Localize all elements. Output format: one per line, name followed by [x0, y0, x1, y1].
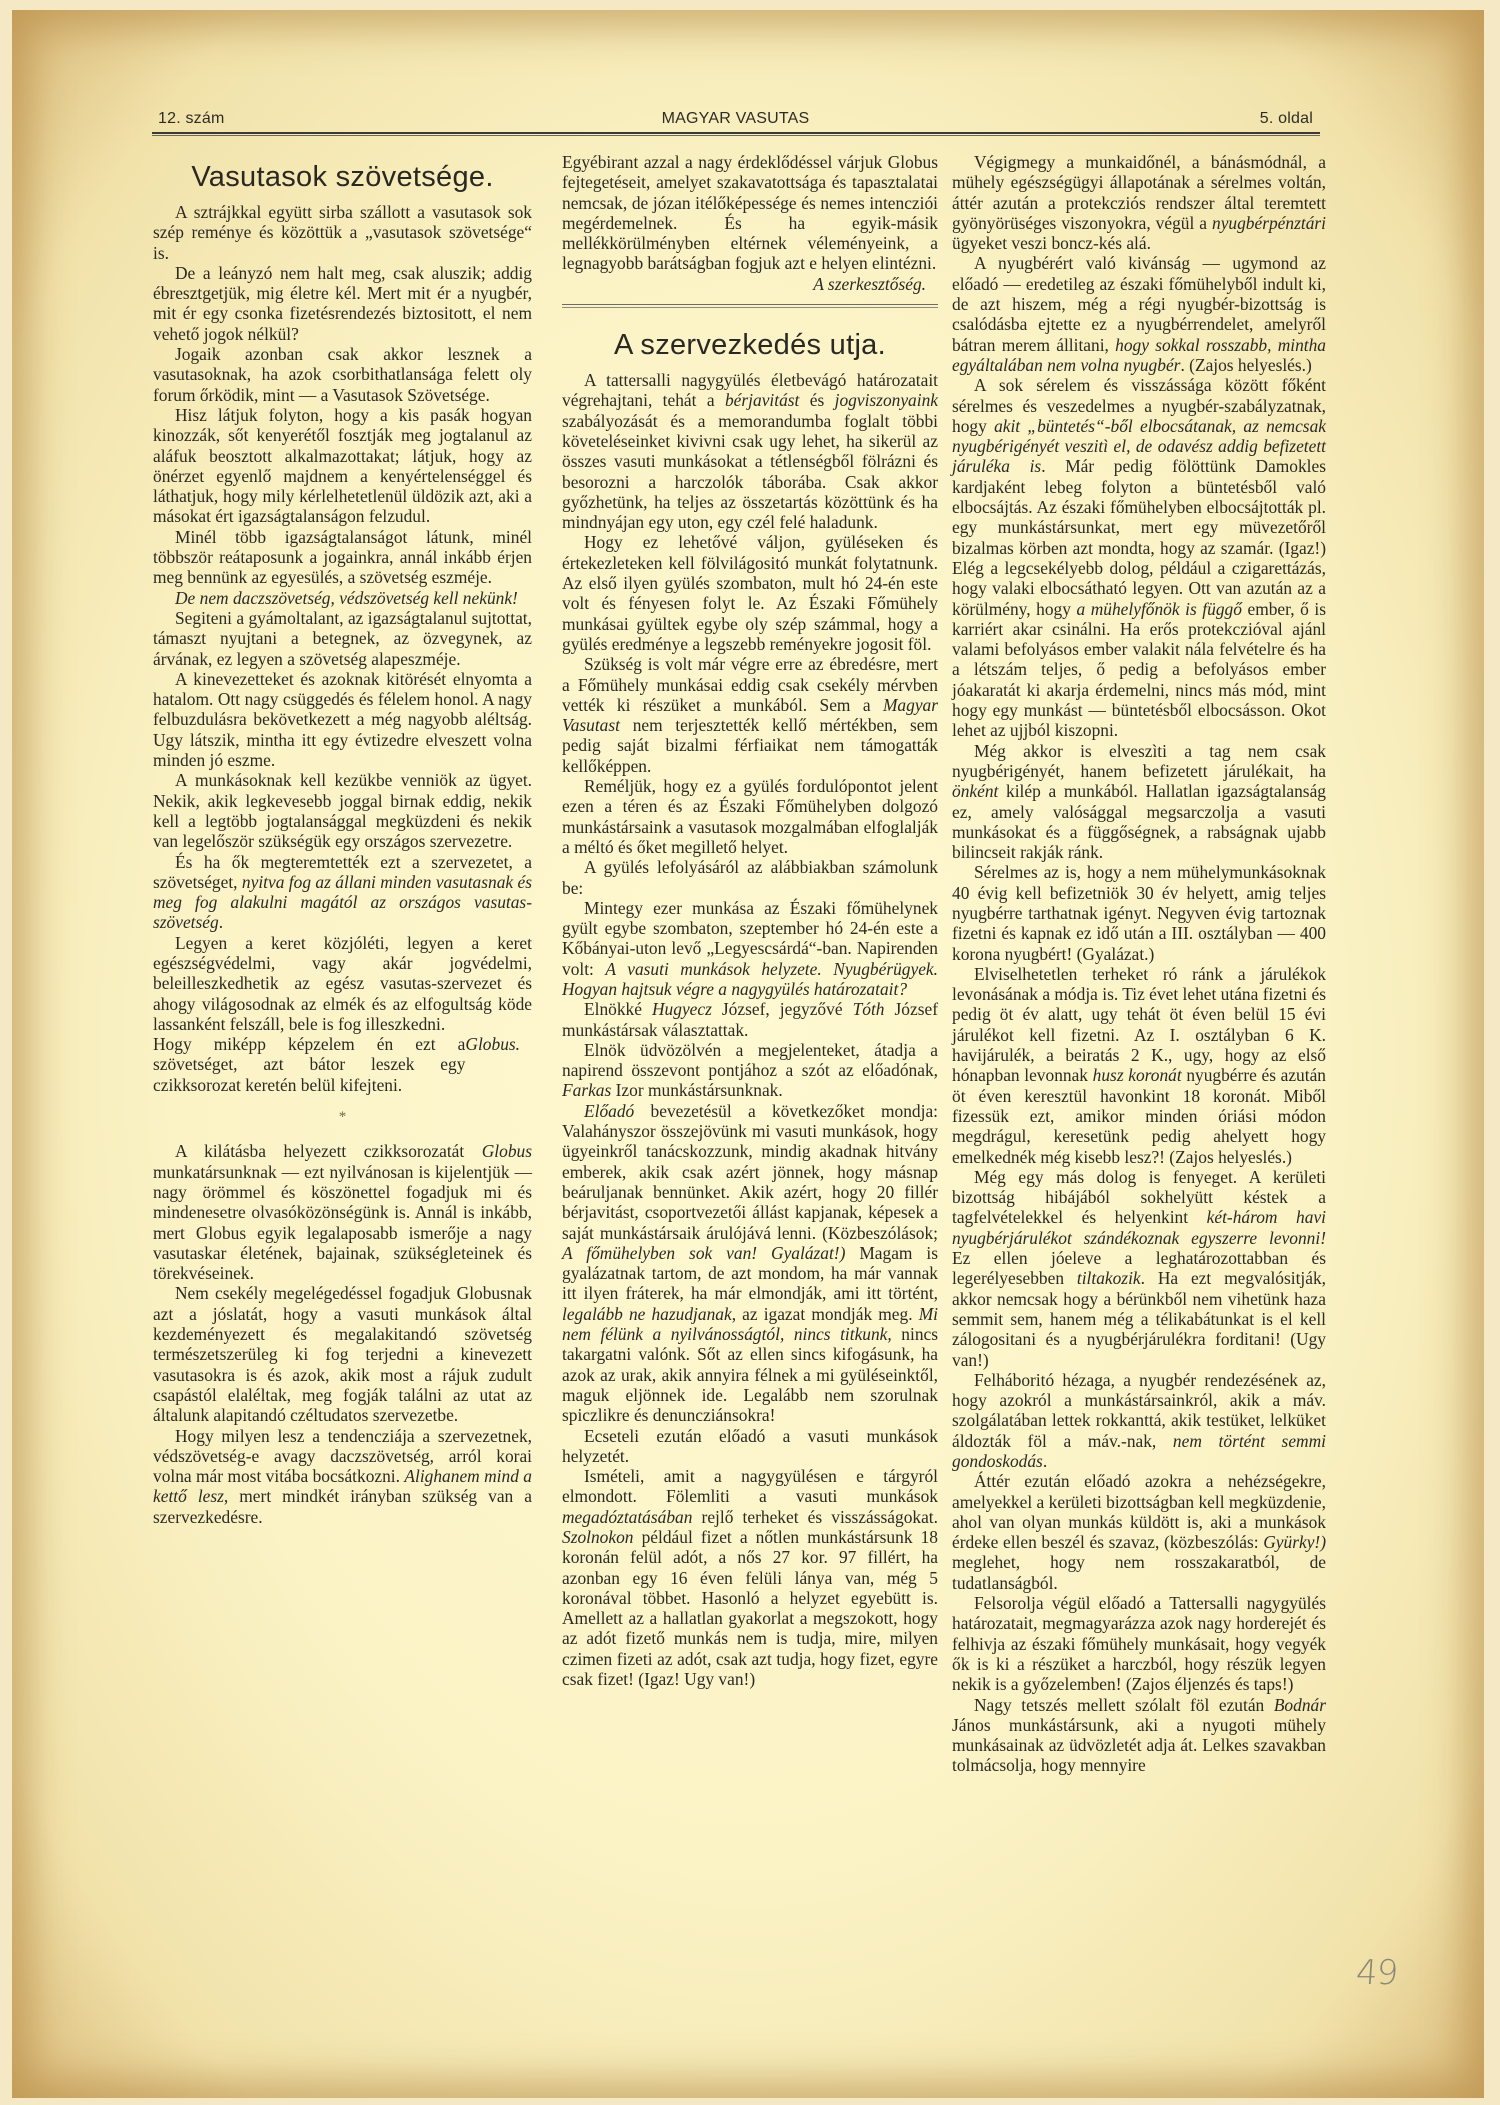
paragraph: Mintegy ezer munkása az Északi főmühelyn… [562, 898, 938, 999]
signature-line-globus: Hogy miképp képzelem én ezt a szövetsége… [153, 1034, 532, 1095]
emphasis-text: Farkas [562, 1080, 611, 1100]
article-body-szervezkedes-utja-part2: Végigmegy a munkaidőnél, a bánásmódnál, … [952, 152, 1326, 1776]
paragraph: Elviselhetetlen terheket ró ránk a járul… [952, 964, 1326, 1167]
text-run: Legyen a keret közjóléti, legyen a keret… [153, 933, 532, 1034]
text-run: ügyeket veszi boncz-kés alá. [952, 233, 1151, 253]
paragraph: Reméljük, hogy ez a gyülés fordulópontot… [562, 776, 938, 857]
text-run: A munkásoknak kell kezükbe venniök az üg… [153, 770, 532, 851]
emphasis-text: Hugyecz [652, 999, 712, 1019]
paragraph: Nem csekély megelégedéssel fogadjuk Glob… [153, 1283, 532, 1425]
editorial-note-body: A kilátásba helyezett czikksorozatát Glo… [153, 1141, 532, 1527]
editorial-note-continuation: Egyébirant azzal a nagy érdeklődéssel vá… [562, 152, 938, 294]
paragraph: Ismételi, amit a nagygyülésen e tárgyról… [562, 1466, 938, 1689]
paragraph: Szükség is volt már végre erre az ébredé… [562, 654, 938, 776]
emphasis-text: nyugbérpénztári [1212, 213, 1326, 233]
text-run: Izor munkástársunknak. [611, 1080, 782, 1100]
text-run: Szükség is volt már végre erre az ébredé… [562, 654, 938, 715]
article-body-vasutasok-szovetsege: A sztrájkkal együtt sirba szállott a vas… [153, 202, 532, 1034]
paragraph: De nem daczszövetség, védszövetség kell … [153, 588, 532, 608]
article-title-vasutasok-szovetsege: Vasutasok szövetsége. [153, 160, 532, 194]
paragraph: A tattersalli nagygyülés életbevágó hatá… [562, 370, 938, 532]
newspaper-page: 12. szám MAGYAR VASUTAS 5. oldal Vasutas… [0, 0, 1500, 2105]
emphasis-text: Gyürky!) [1263, 1532, 1326, 1552]
last-line-text: Hogy miképp képzelem én ezt a szövetsége… [153, 1034, 465, 1095]
text-run: Hogy miképp képzelem én ezt a szövetsége… [153, 1034, 465, 1095]
emphasis-text: megadóztatásában [562, 1507, 692, 1527]
text-run: Még akkor is elveszìti a tag nem csak ny… [952, 741, 1326, 781]
article-title-szervezkedes-utja: A szervezkedés utja. [562, 328, 938, 362]
emphasis-text: tiltakozik [1077, 1268, 1141, 1288]
column-3: Végigmegy a munkaidőnél, a bánásmódnál, … [952, 152, 1326, 1776]
column-2: Egyébirant azzal a nagy érdeklődéssel vá… [562, 152, 938, 1689]
column-1: Vasutasok szövetsége. A sztrájkkal együt… [153, 152, 532, 1527]
text-run: például fizet a nőtlen munkástársunk 18 … [562, 1527, 938, 1689]
paragraph: Hogy ez lehetővé váljon, gyüléseken és é… [562, 532, 938, 654]
paragraph: Még akkor is elveszìti a tag nem csak ny… [952, 741, 1326, 863]
paragraph: Előadó bevezetésül a következőket mondja… [562, 1101, 938, 1426]
text-run: A kilátásba helyezett czikksorozatát [175, 1141, 482, 1161]
emphasis-text: A főmühelyben sok van! Gyalázat!) [562, 1243, 845, 1263]
text-run: , az igazat mondják meg. [732, 1304, 919, 1324]
paragraph: De a leányzó nem halt meg, csak aluszik;… [153, 263, 532, 344]
emphasis-text: bérjavitást [725, 390, 799, 410]
paragraph: Végigmegy a munkaidőnél, a bánásmódnál, … [952, 152, 1326, 253]
emphasis-text: husz koronát [1093, 1065, 1182, 1085]
emphasis-text: Tóth [853, 999, 885, 1019]
publication-name: MAGYAR VASUTAS [154, 110, 1317, 128]
paragraph: A kilátásba helyezett czikksorozatát Glo… [153, 1141, 532, 1283]
text-run: József, jegyzővé [712, 999, 853, 1019]
text-run: munkatársunknak — ezt nyilvánosan is kij… [153, 1162, 532, 1283]
header-rule [152, 132, 1320, 136]
text-run: Ismételi, amit a nagygyülésen e tárgyról… [562, 1466, 938, 1506]
text-run: rejlő terheket és visszásságokat. [692, 1507, 938, 1527]
text-run: Nagy tetszés mellett szólalt föl ezután [974, 1695, 1274, 1715]
paragraph: Még egy más dolog is fenyeget. A kerület… [952, 1167, 1326, 1370]
article-body-szervezkedes-utja-part1: A tattersalli nagygyülés életbevágó hatá… [562, 370, 938, 1689]
text-run: Sérelmes az is, hogy a nem mühelymunkáso… [952, 862, 1326, 963]
text-run: János munkástársunk, aki a nyugoti mühel… [952, 1715, 1326, 1776]
editor-signature: A szerkesztőség. [813, 274, 938, 294]
text-run: Egyébirant azzal a nagy érdeklődéssel vá… [562, 152, 938, 273]
text-run: A sztrájkkal együtt sirba szállott a vas… [153, 202, 532, 263]
paragraph: A kinevezetteket és azoknak kitörését el… [153, 669, 532, 770]
text-run: ember, ő is karriért akar csinálni. Ha e… [952, 599, 1326, 741]
paragraph: Jogaik azonban csak akkor lesznek a vasu… [153, 344, 532, 405]
paragraph: Felháboritó hézaga, a nyugbér rendezésén… [952, 1370, 1326, 1471]
running-head: 12. szám MAGYAR VASUTAS 5. oldal [154, 110, 1317, 132]
text-run: meglehet, hogy nem rosszakaratból, de tu… [952, 1552, 1326, 1592]
paragraph: Segiteni a gyámoltalant, az igazságtalan… [153, 608, 532, 669]
paragraph: Minél több igazságtalanságot látunk, min… [153, 527, 532, 588]
text-run: A kinevezetteket és azoknak kitörését el… [153, 669, 532, 770]
text-run: . [219, 912, 223, 932]
text-run: Jogaik azonban csak akkor lesznek a vasu… [153, 344, 532, 405]
paragraph: Felsorolja végül előadó a Tattersalli na… [952, 1593, 1326, 1694]
text-run: Elnök üdvözölvén a megjelenteket, átadja… [562, 1040, 938, 1080]
signature-line-szerkesztoseg: A szerkesztőség. [562, 274, 938, 294]
emphasis-text: Bodnár [1274, 1695, 1326, 1715]
text-run: De a leányzó nem halt meg, csak aluszik;… [153, 263, 532, 344]
text-run: . Már pedig fölöttünk Damokles kardjakén… [952, 456, 1326, 618]
text-run: Felsorolja végül előadó a Tattersalli na… [952, 1593, 1326, 1694]
paragraph: Áttér ezután előadó azokra a nehézségekr… [952, 1471, 1326, 1593]
emphasis-text: Előadó [584, 1101, 634, 1121]
paragraph: A gyülés lefolyásáról az alábbiakban szá… [562, 857, 938, 898]
text-run: A gyülés lefolyásáról az alábbiakban szá… [562, 857, 938, 897]
text-run: Hogy ez lehetővé váljon, gyüléseken és é… [562, 532, 938, 653]
paragraph: Hisz látjuk folyton, hogy a kis pasák ho… [153, 405, 532, 527]
emphasis-text: jogviszonyaink [835, 390, 938, 410]
emphasis-text: önként [952, 781, 998, 801]
text-run: Hisz látjuk folyton, hogy a kis pasák ho… [153, 405, 532, 526]
editorial-note-last: Egyébirant azzal a nagy érdeklődéssel vá… [562, 152, 938, 274]
text-run: Minél több igazságtalanságot látunk, min… [153, 527, 532, 588]
text-run: és [799, 390, 834, 410]
page-number: 5. oldal [1260, 110, 1313, 128]
paragraph: A sztrájkkal együtt sirba szállott a vas… [153, 202, 532, 263]
text-run: . [1043, 1451, 1047, 1471]
text-run: bevezetésül a következőket mondja: Valah… [562, 1101, 938, 1243]
emphasis-text: A vasuti munkások helyzete. Nyugbérügyek… [562, 959, 938, 999]
text-run: . (Zajos helyeslés.) [1180, 355, 1311, 375]
editorial-note-text: Egyébirant azzal a nagy érdeklődéssel vá… [562, 152, 938, 273]
emphasis-text: Globus [482, 1141, 532, 1161]
text-run: Elnökké [584, 999, 652, 1019]
paragraph: Sérelmes az is, hogy a nem mühelymunkáso… [952, 862, 1326, 963]
paragraph: A sok sérelem és visszássága között főké… [952, 375, 1326, 740]
text-run: kilép a munkából. Hallatlan igazságtalan… [952, 781, 1326, 862]
handwritten-page-note: 49 [1355, 1953, 1399, 1993]
emphasis-text: De nem daczszövetség, védszövetség kell … [175, 588, 518, 608]
paragraph: Legyen a keret közjóléti, legyen a keret… [153, 933, 532, 1034]
paragraph: A munkásoknak kell kezükbe venniök az üg… [153, 770, 532, 851]
text-run: szabályozását és a memorandumba foglalt … [562, 411, 938, 532]
text-run: Nem csekély megelégedéssel fogadjuk Glob… [153, 1283, 532, 1425]
emphasis-text: a mühelyfőnök is függő [1076, 599, 1241, 619]
paragraph: Ecseteli ezután előadó a vasuti munkások… [562, 1426, 938, 1467]
section-asterisk: * [153, 1107, 532, 1127]
text-run: Reméljük, hogy ez a gyülés fordulópontot… [562, 776, 938, 857]
paragraph: Nagy tetszés mellett szólalt föl ezután … [952, 1695, 1326, 1776]
text-run: Ecseteli ezután előadó a vasuti munkások… [562, 1426, 938, 1466]
emphasis-text: legalább ne hazudjanak [562, 1304, 732, 1324]
emphasis-text: Szolnokon [562, 1527, 634, 1547]
paragraph: Hogy milyen lesz a tendencziája a szerve… [153, 1426, 532, 1527]
paragraph: Elnökké Hugyecz József, jegyzővé Tóth Jó… [562, 999, 938, 1040]
paragraph: A nyugbérért való kivánság — ugymond az … [952, 253, 1326, 375]
article-divider [562, 304, 938, 308]
paragraph: Elnök üdvözölvén a megjelenteket, átadja… [562, 1040, 938, 1101]
text-run: Segiteni a gyámoltalant, az igazságtalan… [153, 608, 532, 669]
author-signature: Globus. [465, 1034, 532, 1095]
paragraph: És ha ők megteremtették ezt a szervezete… [153, 852, 532, 933]
